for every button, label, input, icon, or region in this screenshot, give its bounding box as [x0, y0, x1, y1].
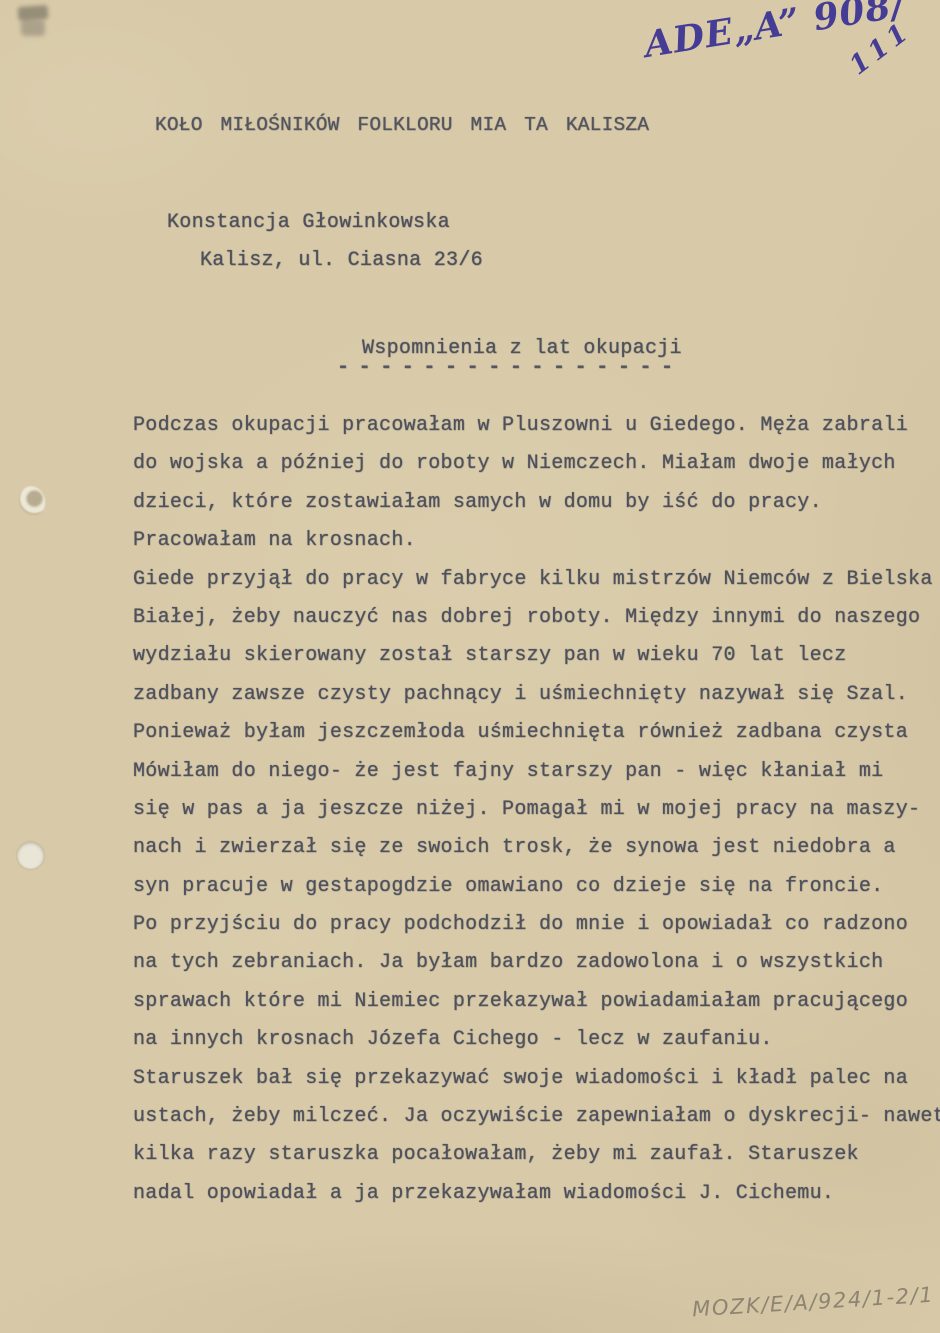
handwritten-archival-code: ADE„A” 908/ 111 — [641, 0, 904, 66]
author-address: Kalisz, ul. Ciasna 23/6 — [200, 249, 483, 272]
ink-smudge-mark — [18, 5, 49, 21]
organization-header: KOŁO MIŁOŚNIKÓW FOLKLORU MIA TA KALISZA — [155, 114, 649, 136]
body-line-14: Po przyjściu do pracy podchodził do mnie… — [133, 906, 928, 944]
body-line-5: Giede przyjął do pracy w fabryce kilku m… — [133, 561, 928, 599]
body-line-6: Białej, żeby nauczyć nas dobrej roboty. … — [133, 599, 928, 637]
body-line-15: na tych zebraniach. Ja byłam bardzo zado… — [133, 944, 928, 982]
body-line-9: Ponieważ byłam jeszczemłoda uśmiechnięta… — [133, 714, 928, 752]
body-line-19: ustach, żeby milczeć. Ja oczywiście zape… — [133, 1098, 928, 1136]
body-line-21: nadal opowiadał a ja przekazywałam wiado… — [133, 1175, 928, 1213]
body-line-7: wydziału skierowany został starszy pan w… — [133, 637, 928, 675]
catalog-reference-pencil: MOZK/E/A/924/1-2/1 — [691, 1283, 934, 1322]
body-line-4: Pracowałam na krosnach. — [133, 522, 928, 560]
scanned-document-page: ADE„A” 908/ 111 KOŁO MIŁOŚNIKÓW FOLKLORU… — [0, 0, 940, 1333]
punch-hole-partial — [15, 483, 49, 520]
body-line-10: Mówiłam do niego- że jest fajny starszy … — [133, 753, 928, 791]
body-line-18: Staruszek bał się przekazywać swoje wiad… — [133, 1060, 928, 1098]
title-dashed-underline: - - - - - - - - - - - - - - - - — [337, 356, 672, 379]
memoir-body-text: Podczas okupacji pracowałam w Pluszowni … — [133, 407, 928, 1213]
ink-smudge-mark-lower — [21, 20, 45, 36]
body-line-2: do wojska a później do roboty w Niemczec… — [133, 445, 928, 483]
body-line-8: zadbany zawsze czysty pachnący i uśmiech… — [133, 676, 928, 714]
punch-hole — [17, 842, 44, 869]
body-line-16: sprawach które mi Niemiec przekazywał po… — [133, 983, 928, 1021]
body-line-17: na innych krosnach Józefa Cichego - lecz… — [133, 1021, 928, 1059]
body-line-11: się w pas a ja jeszcze niżej. Pomagał mi… — [133, 791, 928, 829]
body-line-20: kilka razy staruszka pocałowałam, żeby m… — [133, 1136, 928, 1174]
author-name: Konstancja Głowinkowska — [167, 211, 450, 234]
body-line-1: Podczas okupacji pracowałam w Pluszowni … — [133, 407, 928, 445]
body-line-12: nach i zwierzał się ze swoich trosk, że … — [133, 829, 928, 867]
body-line-3: dzieci, które zostawiałam samych w domu … — [133, 484, 928, 522]
body-line-13: syn pracuje w gestapogdzie omawiano co d… — [133, 868, 928, 906]
